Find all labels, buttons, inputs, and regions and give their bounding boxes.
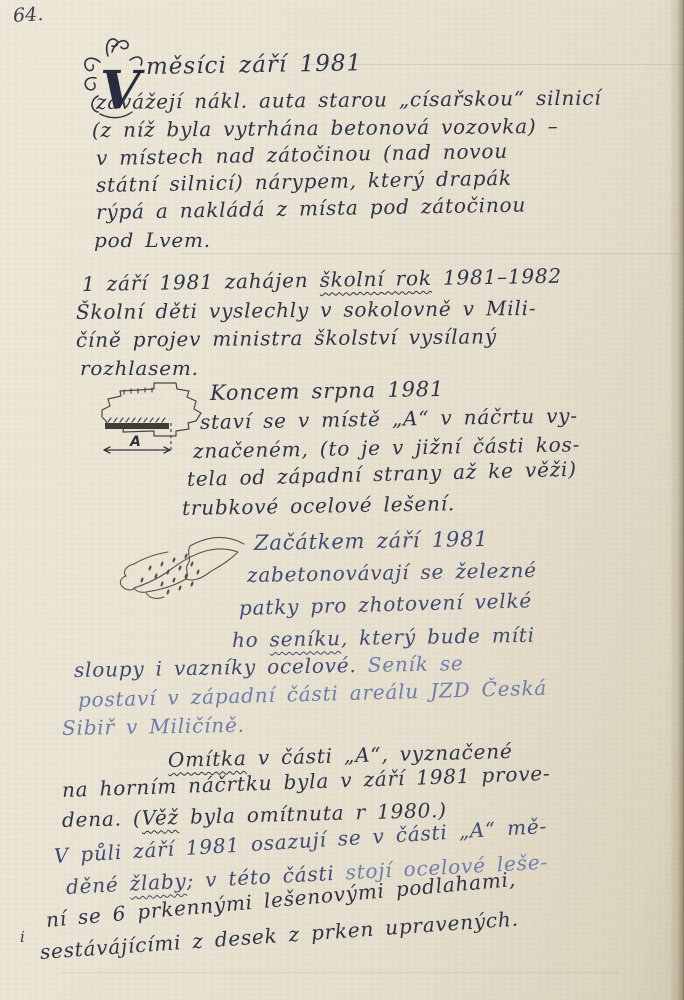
- paper-crease: [180, 253, 680, 254]
- flourish-ornament-icon: V: [78, 34, 150, 130]
- handwritten-line: číně projev ministra školství vysílaný: [76, 326, 497, 350]
- line-segment: děné: [65, 872, 130, 899]
- handwritten-line: tela od západní strany až ke věži): [187, 459, 577, 489]
- entry-heading: Koncem srpna 1981: [210, 379, 444, 404]
- underlined-phrase: seníku: [269, 626, 341, 651]
- handwritten-line: státní silnicí) nárypem, který drapák: [96, 168, 512, 195]
- handwritten-line: sloupy i vazníky ocelové. Seník se: [74, 653, 464, 680]
- entry-heading: Začátkem září 1981: [254, 529, 489, 554]
- handwritten-line: patky pro zhotovení velké: [239, 590, 533, 618]
- handwritten-line: zabetonovávají se železné: [247, 560, 537, 585]
- line-segment: 1981–1982: [432, 264, 563, 290]
- page-number: 64.: [12, 3, 44, 27]
- handwritten-line: zavážejí nákl. auta starou „císařskou“ s…: [96, 88, 602, 112]
- handwritten-line: na horním náčrtku byla v září 1981 prove…: [62, 763, 551, 800]
- underlined-phrase: Omítka: [168, 746, 247, 772]
- handwritten-line: rozhlasem.: [80, 358, 199, 378]
- handwritten-line: ho seníku, který bude míti: [232, 625, 535, 650]
- stray-ink-mark: i: [20, 928, 25, 946]
- sketch-dimension-label: A: [129, 434, 141, 450]
- handwritten-line: Sibiř v Miličíně.: [62, 715, 245, 738]
- line-segment: , který bude míti: [341, 623, 535, 650]
- haybarn-site-sketch: [98, 522, 248, 634]
- handwritten-line: Školní děti vyslechly v sokolovně v Mili…: [76, 298, 537, 322]
- haybarn-site-sketch-icon: [98, 522, 248, 630]
- underlined-phrase: žlaby: [129, 869, 187, 896]
- handwritten-line: v místech nad zátočinou (nad novou: [96, 141, 508, 168]
- faded-ink-segment: Seník se: [368, 651, 464, 677]
- handwritten-line: značeném, (to je v jižní části kos-: [193, 434, 580, 461]
- underlined-phrase: školní rok: [319, 266, 432, 292]
- church-plan-sketch-icon: A: [90, 378, 216, 478]
- line-segment: sloupy i vazníky ocelové.: [74, 653, 368, 682]
- line-segment: 1 září 1981 zahájen: [82, 268, 320, 296]
- handwritten-line: rýpá a nakládá z místa pod zátočinou: [96, 194, 526, 222]
- handwritten-line: postaví v západní části areálu JZD Česká: [78, 678, 548, 710]
- scaffold-zone-bar: [105, 423, 169, 429]
- line-segment: dena. (: [62, 806, 142, 832]
- handwritten-line: (z níž byla vytrhána betonová vozovka) –: [92, 116, 559, 140]
- handwritten-line: pod Lvem.: [94, 230, 211, 250]
- paper-crease: [60, 972, 620, 973]
- handwritten-line: 1 září 1981 zahájen školní rok 1981–1982: [82, 266, 562, 294]
- line-segment: ho: [232, 627, 270, 652]
- handwritten-line: staví se v místě „A“ v náčrtu vy-: [200, 405, 578, 432]
- manuscript-page: 64. V měsíci září 1981 zavážejí nákl. au…: [0, 0, 684, 1000]
- entry-heading: měsíci září 1981: [146, 52, 363, 79]
- handwritten-line: trubkové ocelové lešení.: [182, 493, 455, 518]
- underlined-phrase: Věž: [141, 805, 179, 830]
